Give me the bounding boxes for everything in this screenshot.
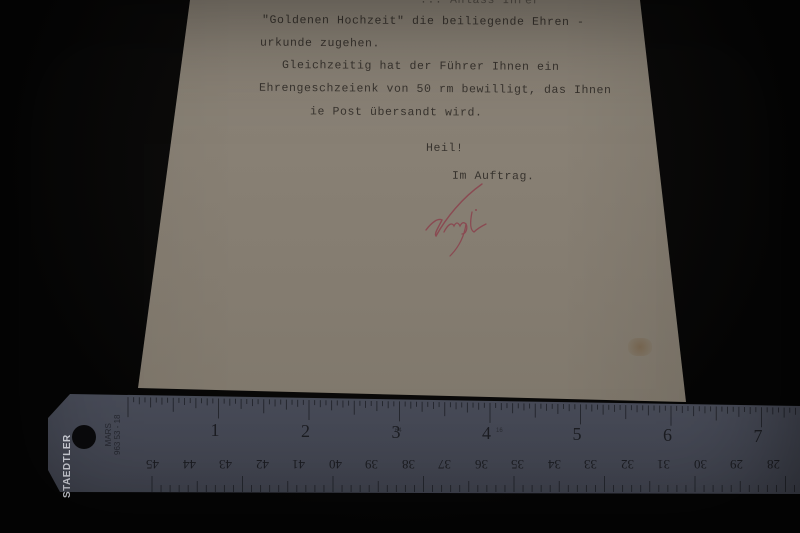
ruler-cm-label: 41 xyxy=(292,456,305,472)
ruler-inch-label: 1 xyxy=(211,420,220,441)
ruler-cm-label: 31 xyxy=(657,456,670,472)
ruler-cm-label: 37 xyxy=(438,456,451,472)
ruler-cm-label: 42 xyxy=(256,456,269,472)
ruler-cm-label: 29 xyxy=(730,456,743,472)
ruler-cm-label: 44 xyxy=(183,456,196,472)
ruler-model-name: MARS xyxy=(104,415,113,455)
ruler-cm-label: 28 xyxy=(767,456,780,472)
ruler-inch-label: 4 xyxy=(482,423,491,444)
ruler-cm-label: 36 xyxy=(475,456,488,472)
ruler-cm-label: 34 xyxy=(548,456,561,472)
ruler-fraction-mark: 64 xyxy=(395,428,402,434)
ruler-cm-label: 35 xyxy=(511,456,524,472)
ruler-model: MARS 963 53 - 18 xyxy=(104,415,122,455)
ruler-cm-label: 40 xyxy=(329,456,342,472)
ruler-inch-label: 6 xyxy=(663,425,672,446)
ruler-brand: STAEDTLER xyxy=(62,434,73,498)
ruler-cm-label: 33 xyxy=(584,456,597,472)
ruler-cm-label: 45 xyxy=(146,456,159,472)
ruler-cm-label: 30 xyxy=(694,456,707,472)
ruler-inch-label: 5 xyxy=(573,424,582,445)
ruler-cm-label: 39 xyxy=(365,456,378,472)
ruler-inch-label: 2 xyxy=(301,421,310,442)
ruler-model-number: 963 53 - 18 xyxy=(113,415,122,455)
ruler-hanging-hole xyxy=(72,425,96,449)
ruler-fraction-mark: 16 xyxy=(496,428,503,434)
ruler-cm-label: 32 xyxy=(621,456,634,472)
ruler-inch-label: 7 xyxy=(754,426,763,447)
ruler-cm-label: 43 xyxy=(219,456,232,472)
ruler-cm-label: 38 xyxy=(402,456,415,472)
